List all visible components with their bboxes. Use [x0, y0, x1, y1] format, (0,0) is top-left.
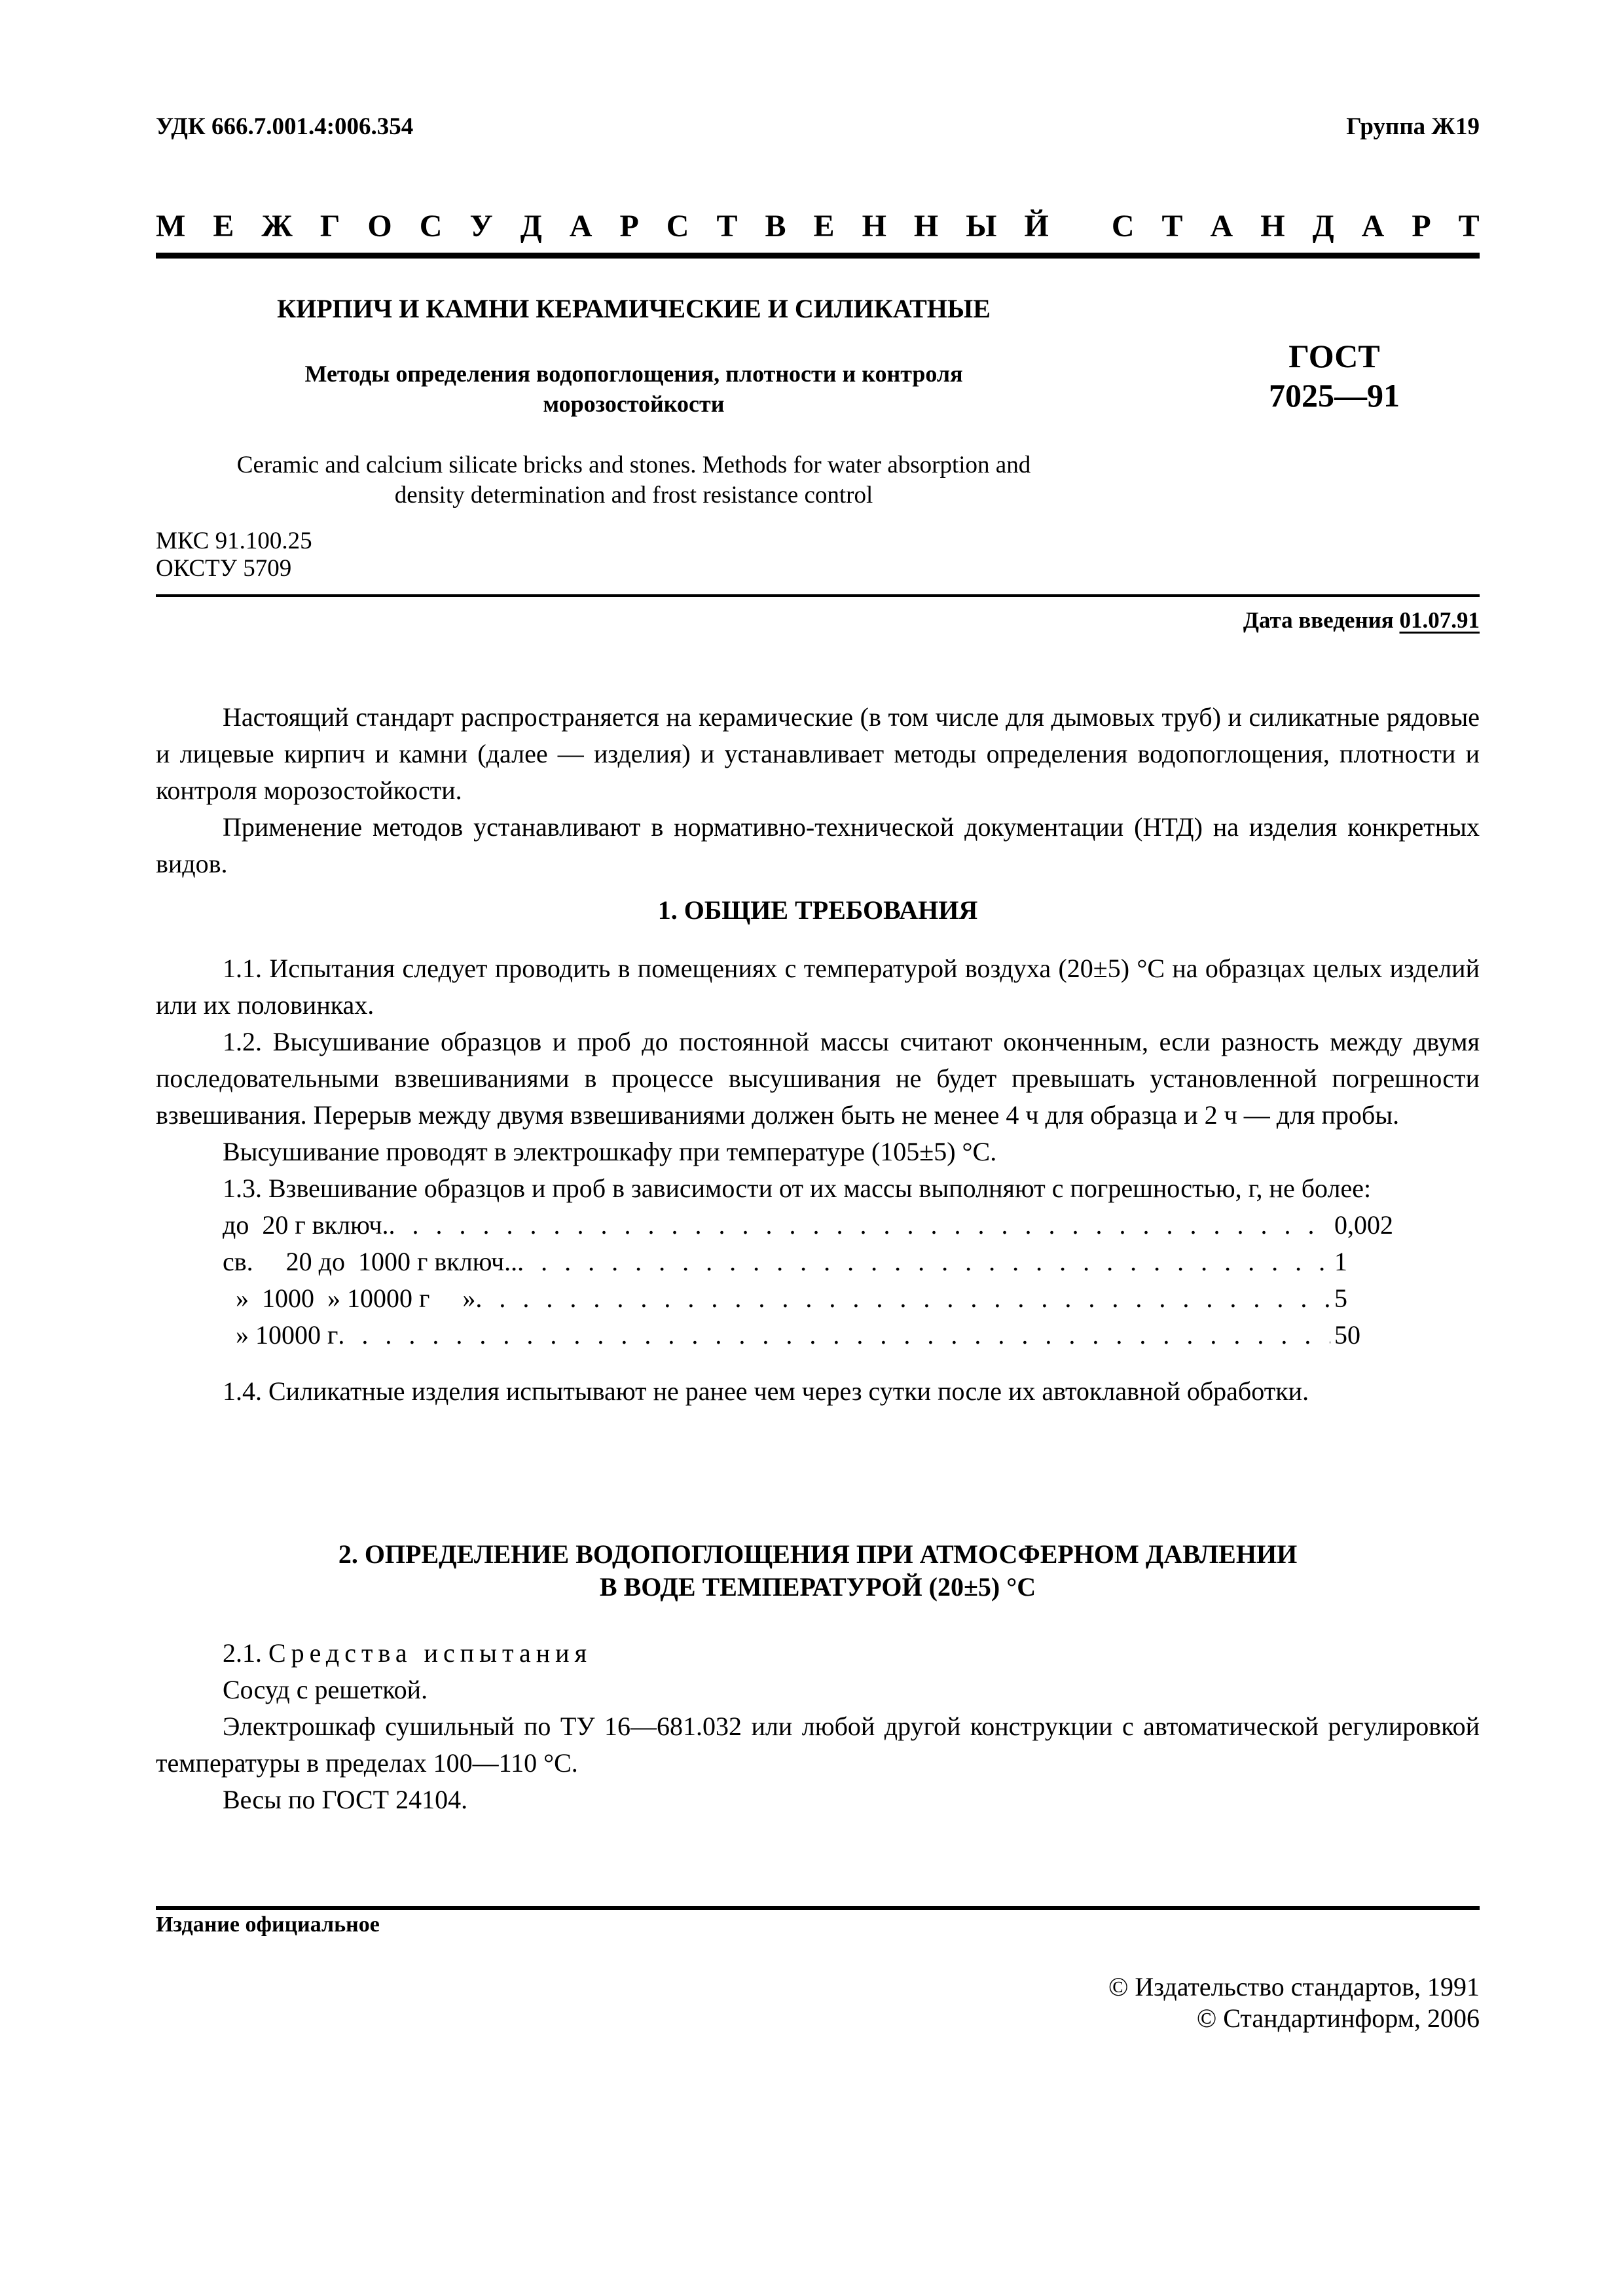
- section-1-heading: 1. ОБЩИЕ ТРЕБОВАНИЯ: [156, 894, 1480, 927]
- heading-letter: Т: [1162, 208, 1183, 244]
- heading-letter: С: [1112, 208, 1135, 244]
- heading-letter: Ж: [261, 208, 292, 244]
- heading-letter: Т: [1459, 208, 1480, 244]
- okstu-code: ОКСТУ 5709: [156, 555, 312, 583]
- leader-dots: . . . . . . . . . . . . . . . . . . . . …: [338, 1317, 1330, 1354]
- mks-code: МКС 91.100.25: [156, 528, 312, 555]
- copyright-2006: © Стандартинформ, 2006: [1108, 2003, 1480, 2034]
- leader-dots: . . . . . . . . . . . . . . . . . . . . …: [517, 1244, 1330, 1280]
- english-title-line-2: density determination and frost resistan…: [156, 480, 1112, 511]
- tolerance-row: » 1000 » 10000 г » . . . . . . . . . . .…: [156, 1280, 1400, 1317]
- top-rule: [156, 253, 1480, 259]
- classification-codes: МКС 91.100.25 ОКСТУ 5709: [156, 528, 312, 583]
- heading-letter: Р: [1412, 208, 1431, 244]
- copyright-1991: © Издательство стандартов, 1991: [1108, 1971, 1480, 2003]
- heading-letter: Й: [1024, 208, 1048, 244]
- equipment-item: Сосуд с решеткой.: [156, 1672, 1480, 1708]
- leader-dots: . . . . . . . . . . . . . . . . . . . . …: [389, 1207, 1330, 1244]
- tolerance-row: св. 20 до 1000 г включ.. . . . . . . . .…: [156, 1244, 1400, 1280]
- tolerance-row: » 10000 г . . . . . . . . . . . . . . . …: [156, 1317, 1400, 1354]
- heading-letter: А: [1362, 208, 1385, 244]
- heading-letter: У: [469, 208, 492, 244]
- copyright-block: © Издательство стандартов, 1991 © Станда…: [1108, 1971, 1480, 2034]
- heading-letter: С: [666, 208, 689, 244]
- intro-paragraph: Применение методов устанавливают в норма…: [156, 809, 1480, 882]
- heading-letter: М: [156, 208, 185, 244]
- tolerance-list: до 20 г включ. . . . . . . . . . . . . .…: [156, 1207, 1480, 1354]
- document-subtitle: Методы определения водопоглощения, плотн…: [156, 359, 1112, 419]
- heading-letter: А: [570, 208, 593, 244]
- heading-letter: Н: [1260, 208, 1285, 244]
- intro-block: Настоящий стандарт распространяется на к…: [156, 699, 1480, 882]
- clause-1-2: 1.2. Высушивание образцов и проб до пост…: [156, 1024, 1480, 1134]
- clause-1-1: 1.1. Испытания следует проводить в помещ…: [156, 950, 1480, 1024]
- heading-letter: С: [420, 208, 443, 244]
- udk-code: УДК 666.7.001.4:006.354: [156, 113, 413, 141]
- equipment-item: Электрошкаф сушильный по ТУ 16—681.032 и…: [156, 1708, 1480, 1782]
- heading-letter: Ы: [966, 208, 996, 244]
- heading-letter: Т: [716, 208, 737, 244]
- effective-date: Дата введения 01.07.91: [1243, 607, 1480, 634]
- section-2: 2. ОПРЕДЕЛЕНИЕ ВОДОПОГЛОЩЕНИЯ ПРИ АТМОСФ…: [156, 1538, 1480, 1818]
- heading-letter: О: [367, 208, 392, 244]
- official-edition-label: Издание официальное: [156, 1912, 380, 1937]
- tolerance-row: до 20 г включ. . . . . . . . . . . . . .…: [156, 1207, 1400, 1244]
- clause-2-1: 2.1. Средства испытания: [156, 1635, 1480, 1672]
- document-title: КИРПИЧ И КАМНИ КЕРАМИЧЕСКИЕ И СИЛИКАТНЫЕ: [156, 293, 1112, 324]
- heading-letter: Г: [320, 208, 340, 244]
- section-2-heading-line-2: В ВОДЕ ТЕМПЕРАТУРОЙ (20±5) °С: [156, 1571, 1480, 1604]
- heading-letter: В: [765, 208, 786, 244]
- heading-letter: [1076, 208, 1084, 244]
- intro-paragraph: Настоящий стандарт распространяется на к…: [156, 699, 1480, 809]
- english-title: Ceramic and calcium silicate bricks and …: [156, 450, 1112, 511]
- clause-1-3: 1.3. Взвешивание образцов и проб в завис…: [156, 1170, 1480, 1207]
- gost-number: 7025—91: [1203, 376, 1465, 415]
- clause-1-4: 1.4. Силикатные изделия испытывают не ра…: [156, 1373, 1480, 1410]
- leader-dots: . . . . . . . . . . . . . . . . . . . . …: [475, 1280, 1330, 1317]
- standard-type-heading: МЕЖГОСУДАРСТВЕННЫЙ СТАНДАРТ: [156, 208, 1480, 244]
- subtitle-line-1: Методы определения водопоглощения, плотн…: [156, 359, 1112, 389]
- effective-date-value: 01.07.91: [1400, 607, 1480, 633]
- english-title-line-1: Ceramic and calcium silicate bricks and …: [156, 450, 1112, 480]
- gost-designation: ГОСТ 7025—91: [1203, 336, 1465, 415]
- subtitle-line-2: морозостойкости: [156, 389, 1112, 419]
- heading-letter: Е: [814, 208, 835, 244]
- clause-1-2-b: Высушивание проводят в электрошкафу при …: [156, 1134, 1480, 1170]
- group-code: Группа Ж19: [1346, 113, 1480, 141]
- footer-rule: [156, 1906, 1480, 1910]
- heading-letter: А: [1211, 208, 1233, 244]
- heading-letter: Д: [520, 208, 542, 244]
- heading-letter: Н: [914, 208, 938, 244]
- heading-letter: Д: [1313, 208, 1334, 244]
- section-1: 1. ОБЩИЕ ТРЕБОВАНИЯ 1.1. Испытания следу…: [156, 894, 1480, 1410]
- section-2-heading-line-1: 2. ОПРЕДЕЛЕНИЕ ВОДОПОГЛОЩЕНИЯ ПРИ АТМОСФ…: [156, 1538, 1480, 1571]
- section-2-heading: 2. ОПРЕДЕЛЕНИЕ ВОДОПОГЛОЩЕНИЯ ПРИ АТМОСФ…: [156, 1538, 1480, 1604]
- heading-letter: Р: [619, 208, 638, 244]
- equipment-item: Весы по ГОСТ 24104.: [156, 1782, 1480, 1818]
- heading-letter: Н: [862, 208, 886, 244]
- gost-label: ГОСТ: [1203, 336, 1465, 376]
- title-rule: [156, 594, 1480, 597]
- clause-2-1-title: Средства испытания: [268, 1638, 592, 1668]
- heading-letter: Е: [213, 208, 234, 244]
- effective-date-label: Дата введения: [1243, 607, 1394, 633]
